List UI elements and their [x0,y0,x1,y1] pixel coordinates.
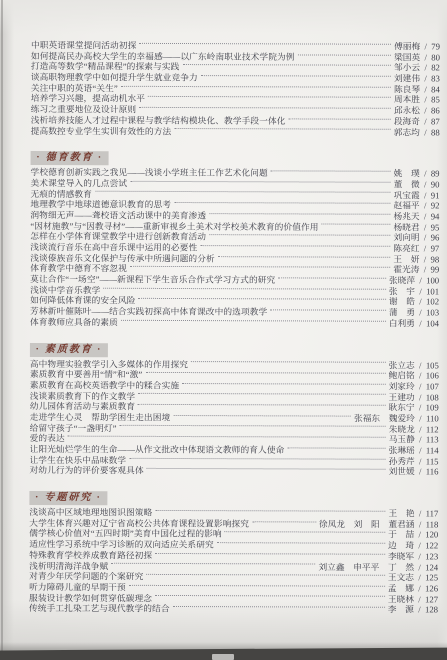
toc-item-authors: 耿东宁 [388,403,414,414]
toc-item-authors: 陈良琴 [394,84,420,95]
toc-item-authors: 王晓林 [388,594,414,605]
toc-item-authors: 张琳瑶 [389,445,415,456]
toc-page-separator: / [420,179,431,190]
toc-item-authors: 杨兆天 [394,211,420,222]
toc-item-title: 练习之重要地位及设计原则 [31,104,136,115]
toc-item-authors: 孟 娜 [388,583,414,594]
toc-leader-dots [173,606,385,608]
toc-item-page: 118 [426,519,439,530]
toc-item-page: 94 [431,211,440,222]
toc-page-separator: / [420,169,431,180]
toc-item-authors: 王 艳 [388,508,414,519]
toc-item-page: 108 [426,392,439,403]
toc-item-title: 谈高职物理教学中如何提升学生就业竞争力 [31,72,198,83]
toc-item-authors: 张晓萍 [389,275,415,286]
toc-item-title: 美术课堂导入的几点尝试 [30,178,127,189]
toc-item-page: 128 [425,605,438,616]
toc-item-authors: 王建功 [389,392,415,403]
toc-item-authors: 蒲 勇 [389,307,415,318]
toc-item-title: 浅析明清海洋战争赋 [29,560,108,571]
toc-item-page: 101 [426,286,439,297]
toc-page-separator: / [420,211,431,222]
toc-leader-dots [174,202,391,204]
toc-item-authors: 郭志均 [394,127,420,138]
scanned-toc-page: 中职英语课堂提问活动初探 傅丽梅 / 79 如何提高民办高校大学生的幸福感——以… [0,0,447,660]
toc-item-title: 如何降低体育课的安全风险 [30,295,135,306]
toc-item-authors: 朱晓龙 [389,424,415,435]
toc-leader-dots [191,361,386,363]
toc-page-separator: / [420,63,431,74]
toc-item-title: 打造高等数学“精品课程”的探索与实践 [31,61,180,72]
toc-leader-dots [148,96,391,98]
toc-page-separator: / [414,530,425,541]
toc-item-authors: 马玉静 [389,435,415,446]
toc-page-separator: / [419,243,430,254]
toc-item-authors: 李晓军 [388,551,414,562]
toc-item-page: 96 [431,233,440,244]
toc-leader-dots [139,298,386,300]
toc-page-separator: / [415,297,426,308]
toc-item-page: 84 [431,84,440,95]
toc-item-authors: 张 宇 [389,286,415,297]
toc-item-authors: 鲍启铭 [389,370,415,381]
toc-page-separator: / [419,265,430,276]
toc-item-title: 学校德育创新实践之我见——浅谈小学班主任工作艺术化问题 [31,167,268,179]
toc-item-page: 104 [426,318,439,329]
toc-item-authors: 张福东 魏爱玲 [354,413,415,424]
toc-leader-dots [129,457,385,459]
toc-page-separator: / [415,307,426,318]
toc-item-page: 92 [431,201,440,212]
toc-page-separator: / [414,583,425,594]
toc-item-authors: 陈亮红 [393,243,419,254]
toc-item-authors: 白利勇 [389,318,415,329]
toc-item-page: 97 [431,243,440,254]
toc-item-title: 听力障碍儿童的早期干预 [29,582,126,593]
toc-item-page: 102 [426,297,439,308]
toc-item-title: 走进学生心灵 帮助学困生走出困境 [30,412,171,423]
toc-leader-dots [218,256,391,258]
toc-item-authors: 边 琦 [388,540,414,551]
toc-leader-dots [200,245,390,247]
toc-item: 给留守孩子“一盏明灯” 朱晓龙 / 112 [30,423,439,435]
toc-list: 中职英语课堂提问活动初探 傅丽梅 / 79 如何提高民办高校大学生的幸福感——以… [29,40,440,615]
toc-item-page: 79 [431,41,440,52]
toc-leader-dots [111,563,315,565]
toc-page-separator: / [415,508,426,519]
toc-item-page: 91 [431,190,440,201]
toc-page-separator: / [415,381,426,392]
toc-page-separator: / [415,318,426,329]
toc-leader-dots [138,393,385,395]
toc-item-title: 对青少年厌学问题的个案研究 [29,571,143,582]
toc-item-page: 125 [425,573,438,584]
toc-page-separator: / [415,467,426,478]
toc-item-page: 126 [425,583,438,594]
section-header: · 素质教育 · [30,338,439,353]
toc-item-page: 120 [425,530,438,541]
toc-item: 对幼儿行为的评价要客观具体 刘世媛 / 116 [29,465,438,477]
toc-item-page: 112 [426,424,439,435]
toc-item-title: 体育教学中德育不容忽视 [30,263,127,274]
toc-page-separator: / [415,360,426,371]
toc-item-authors: 姚 璞 [394,168,420,179]
toc-item-authors: 刘世媛 [389,467,415,478]
toc-item-title: 传统手工扎染工艺与现代教学的结合 [29,603,170,614]
toc-page-separator: / [415,413,426,424]
toc-item-page: 110 [426,413,439,424]
toc-item-authors: 刘向明 [393,233,419,244]
toc-leader-dots [182,383,385,385]
toc-item-title: 莫让合作“一场空”——新课程下学生音乐合作式学习方式的研究 [30,274,275,286]
toc-leader-dots [121,85,391,87]
toc-page-separator: / [415,392,426,403]
section-header-label: · 素质教育 · [30,342,108,356]
toc-item-title: 爱的表达 [30,433,65,444]
toc-leader-dots [155,553,385,555]
toc-leader-dots [322,224,391,225]
section-header-label: · 德育教育 · [31,151,109,165]
toc-page-separator: / [420,222,431,233]
toc-leader-dots [147,468,386,470]
toc-leader-dots [130,266,390,268]
toc-item-title: 提高数控专业学生实训有效性的方法 [31,125,172,136]
toc-item-title: 地理教学中地球道德意识教育的思考 [30,199,171,210]
toc-item-page: 116 [426,467,439,478]
toc-leader-dots [120,425,386,427]
toc-item-page: 124 [425,562,438,573]
toc-item-authors: 周本胜 [394,95,420,106]
toc-page-separator: / [419,233,430,244]
toc-leader-dots [173,415,351,417]
toc-item-page: 123 [425,551,438,562]
toc-item-page: 88 [431,127,440,138]
scan-artifact-notch [212,654,234,660]
toc-item-authors: 孙秀芹 [389,456,415,467]
toc-item-title: 素质教育中要善用“情”和“激” [30,369,143,380]
toc-item-authors: 霍光涛 [393,265,419,276]
toc-item-authors: 张立志 [389,360,415,371]
toc-item-title: 中职英语课堂提问活动初探 [31,40,136,51]
toc-item-authors: 于 喆 [388,530,414,541]
toc-leader-dots [103,287,385,289]
toc-item-page: 95 [431,222,440,233]
toc-item-title: 无痕的情感教育 [30,189,92,200]
toc-item-authors: 刘建伟 [394,73,420,84]
toc-item-page: 114 [426,445,439,456]
toc-page-separator: / [414,594,425,605]
toc-item-page: 86 [431,106,440,117]
toc-item-authors: 刘家玲 [389,381,415,392]
toc-item-title: 怎样在小学体育课堂教学中进行创新教育活动 [30,231,206,242]
toc-item-title: 服装设计教学如何贯穿低碳理念 [29,593,152,604]
toc-item-authors: 董 微 [394,179,420,190]
toc-item-title: 芳林新叶催陈叶——结合实践初探高中体育课改中的选项教学 [30,306,267,318]
toc-item-page: 85 [431,95,440,106]
toc-leader-dots [217,542,385,544]
toc-item-title: 浅谈流行音乐在高中音乐课中运用的必要性 [30,242,197,253]
toc-item-authors: 邹小云 [394,63,420,74]
toc-leader-dots [225,531,385,533]
toc-page-separator: / [420,127,431,138]
toc-leader-dots [298,54,392,55]
toc-item-title: 给留守孩子“一盏明灯” [30,423,117,434]
toc-leader-dots [129,585,385,587]
toc-page-separator: / [415,371,426,382]
toc-item-title: 润物细无声——聋校语文活动课中的美育渗透 [30,210,206,221]
toc-page-separator: / [415,403,426,414]
toc-item-authors: 谢 皓 [389,297,415,308]
toc-page-separator: / [414,573,425,584]
section-header-label: · 专题研究 · [29,491,107,505]
toc-leader-dots [289,118,391,119]
toc-item-authors: 徐凤龙 刘 阳 董君涵 [319,519,415,530]
toc-item-page: 127 [425,594,438,605]
toc-item-authors: 梁国英 [394,52,420,63]
toc-page-separator: / [420,116,431,127]
toc-item-page: 103 [426,308,439,319]
toc-leader-dots [287,447,385,448]
toc-leader-dots [201,75,391,77]
toc-leader-dots [139,107,391,109]
toc-item-page: 106 [426,371,439,382]
toc-item-authors: 王 妍 [393,254,419,265]
toc-item-page: 80 [431,52,440,63]
toc-item-authors: 李 源 [388,604,414,615]
toc-item-page: 83 [431,73,440,84]
toc-page-separator: / [415,435,426,446]
toc-item-page: 117 [426,508,439,519]
toc-page-separator: / [420,201,431,212]
toc-item-page: 113 [426,435,439,446]
toc-leader-dots [121,319,386,321]
toc-leader-dots [139,43,391,45]
toc-page-separator: / [419,254,430,265]
toc-page-separator: / [420,105,431,116]
scan-edge-left [1,0,3,660]
toc-leader-dots [68,436,386,438]
toc-item-authors: 王文志 [388,572,414,583]
toc-item-page: 115 [426,456,439,467]
toc-leader-dots [252,521,316,522]
toc-page-separator: / [415,445,426,456]
toc-page-separator: / [415,286,426,297]
toc-item-authors: 杨晓君 [393,222,419,233]
toc-leader-dots [155,510,385,512]
toc-item-title: 体育教师应具备的素质 [30,317,118,328]
toc-leader-dots [209,213,390,215]
toc-page-separator: / [414,562,425,573]
toc-item-title: 浅谈高中区域地理地图识图策略 [29,507,152,518]
toc-leader-dots [270,309,386,310]
toc-item: 传统手工扎染工艺与现代教学的结合 李 源 / 128 [29,603,438,615]
toc-item-page: 107 [426,381,439,392]
toc-item-page: 89 [431,169,440,180]
toc-leader-dots [182,64,391,66]
toc-leader-dots [155,595,385,597]
toc-item-authors: 赵福平 [394,201,420,212]
toc-item: 提高数控专业学生实训有效性的方法 郭志均 / 88 [31,125,440,137]
toc-leader-dots [209,234,390,236]
toc-item-title: 培养学习兴趣，提高动机水平 [31,93,145,104]
toc-item-title: 儒学核心价值对“五四时期”美育中国化过程的影响 [29,528,221,539]
toc-item-page: 109 [426,403,439,414]
toc-leader-dots [138,404,385,406]
toc-leader-dots [146,574,385,576]
toc-page-separator: / [420,190,431,201]
toc-item-title: 浅谈素质教育下的作文教学 [30,391,135,402]
toc-item: 体育教师应具备的素质 白利勇 / 104 [30,317,439,329]
toc-page-separator: / [420,73,431,84]
section-header: · 德育教育 · [31,147,440,162]
toc-page-separator: / [415,275,426,286]
toc-item-page: 82 [431,63,440,74]
toc-page-separator: / [420,95,431,106]
toc-item-title: 高中物理实验教学引入多媒体的作用探究 [30,358,188,369]
toc-item-authors: 邱永松 [394,105,420,116]
toc-page-separator: / [420,41,431,52]
toc-item-page: 122 [425,541,438,552]
toc-leader-dots [95,191,391,193]
toc-item-title: 素质教育在高校英语教学中的糅合实施 [30,380,179,391]
toc-item-page: 90 [431,179,440,190]
toc-leader-dots [145,372,385,374]
toc-page-separator: / [415,424,426,435]
toc-page-separator: / [414,551,425,562]
toc-item-title: 特殊教育学校养成教育路径初探 [29,550,152,561]
toc-leader-dots [278,277,386,278]
toc-item-page: 98 [431,254,440,265]
toc-item-page: 100 [426,275,439,286]
toc-item-title: 对幼儿行为的评价要客观具体 [29,465,143,476]
toc-item-authors: 巩宝霞 [394,190,420,201]
toc-page-separator: / [414,540,425,551]
toc-item-page: 99 [430,265,439,276]
toc-item-authors: 傅丽梅 [394,41,420,52]
toc-page-separator: / [414,519,425,530]
toc-item-page: 87 [431,116,440,127]
section-header: · 专题研究 · [29,487,438,502]
toc-leader-dots [174,128,391,130]
toc-item-authors: 刘立鑫 申平平 丁 然 [318,562,414,573]
toc-item-page: 105 [426,360,439,371]
toc-item-authors: 段海奇 [394,116,420,127]
toc-page-separator: / [420,52,431,63]
toc-page-separator: / [414,605,425,616]
toc-leader-dots [271,170,391,171]
toc-item-title: 适应性学习系统中学习诊断的双向适应关系研究 [29,539,214,550]
toc-leader-dots [130,181,390,183]
toc-item-title: 幼儿园体育活动与素质教育 [30,401,135,412]
toc-page-separator: / [420,84,431,95]
toc-page-separator: / [415,456,426,467]
